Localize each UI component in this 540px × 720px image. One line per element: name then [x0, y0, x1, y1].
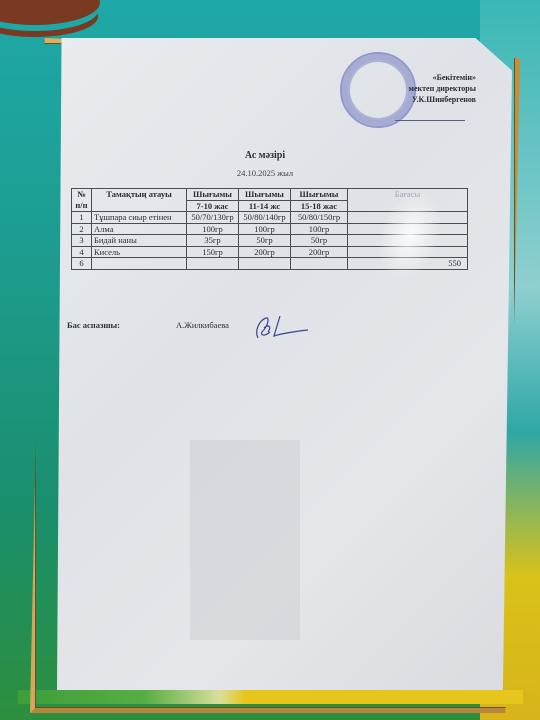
row-output-1: 150гр: [187, 246, 239, 258]
row-output-2: 50гр: [239, 235, 291, 247]
row-number: 4: [72, 246, 92, 258]
row-price-total: 550: [348, 258, 468, 270]
row-price: [348, 212, 468, 224]
header-price: Бағасы: [348, 189, 468, 212]
row-dish-name: [92, 258, 187, 270]
approval-block: «Бекітемін» мектеп директоры У.К.Шинберг…: [386, 72, 476, 105]
row-price: [348, 235, 468, 247]
director-signature-icon: [395, 108, 465, 121]
row-price: [348, 223, 468, 235]
row-output-1: 50/70/130гр: [187, 212, 239, 224]
row-output-2: [239, 258, 291, 270]
table-row: 3 Бидай наны 35гр 50гр 50гр: [72, 235, 468, 247]
paper-bleed-through: [190, 440, 300, 640]
row-dish-name: Бидай наны: [92, 235, 187, 247]
menu-date: 24.10.2025 жыл: [205, 168, 325, 178]
table-header-row: № п/п Тамақтың атауы Шығымы Шығымы Шығым…: [72, 189, 468, 201]
row-output-2: 50/80/140гр: [239, 212, 291, 224]
approval-line-1: «Бекітемін»: [386, 72, 476, 83]
row-number: 1: [72, 212, 92, 224]
chef-name: А.Жилкибаева: [176, 320, 229, 330]
header-dish-name: Тамақтың атауы: [92, 189, 187, 212]
row-number: 3: [72, 235, 92, 247]
table-row: 2 Алма 100гр 100гр 100гр: [72, 223, 468, 235]
row-output-1: 35гр: [187, 235, 239, 247]
chef-signature-icon: [250, 312, 312, 342]
chef-role-label: Бас аспазшы:: [67, 320, 120, 330]
row-number: 6: [72, 258, 92, 270]
wall-decoration: [0, 0, 100, 25]
header-age-1: 7-10 жас: [187, 200, 239, 212]
row-output-2: 200гр: [239, 246, 291, 258]
approval-line-2: мектеп директоры: [386, 83, 476, 94]
row-output-3: 50гр: [291, 235, 348, 247]
header-age-3: 15-18 жас: [291, 200, 348, 212]
approval-line-3: У.К.Шинбергенов: [386, 94, 476, 105]
menu-table: № п/п Тамақтың атауы Шығымы Шығымы Шығым…: [71, 188, 468, 270]
header-output-3: Шығымы: [291, 189, 348, 201]
row-dish-name: Кисель: [92, 246, 187, 258]
table-row: 4 Кисель 150гр 200гр 200гр: [72, 246, 468, 258]
row-output-3: [291, 258, 348, 270]
row-output-3: 200гр: [291, 246, 348, 258]
table-row: 1 Тұшпара сиыр етінен 50/70/130гр 50/80/…: [72, 212, 468, 224]
table-row-total: 6 550: [72, 258, 468, 270]
row-output-1: [187, 258, 239, 270]
header-output-1: Шығымы: [187, 189, 239, 201]
row-output-1: 100гр: [187, 223, 239, 235]
header-number: № п/п: [72, 189, 92, 212]
row-price: [348, 246, 468, 258]
header-age-2: 11-14 жс: [239, 200, 291, 212]
menu-title: Ас мәзірі: [205, 150, 325, 161]
header-output-2: Шығымы: [239, 189, 291, 201]
row-dish-name: Алма: [92, 223, 187, 235]
row-output-3: 100гр: [291, 223, 348, 235]
row-output-3: 50/80/150гр: [291, 212, 348, 224]
row-dish-name: Тұшпара сиыр етінен: [92, 212, 187, 224]
row-output-2: 100гр: [239, 223, 291, 235]
row-number: 2: [72, 223, 92, 235]
